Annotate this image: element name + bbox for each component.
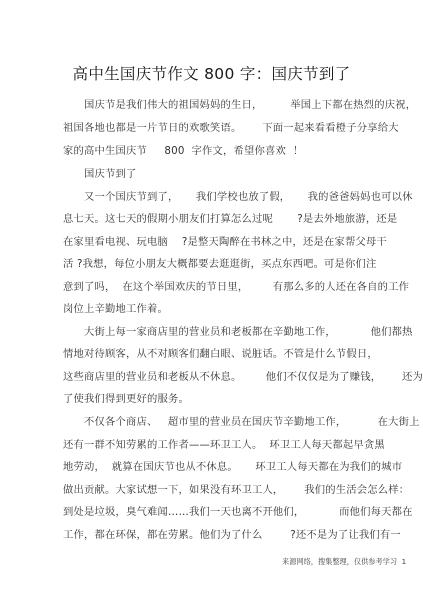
paragraph-line: 岗位上辛勤地工作着。 (63, 300, 168, 315)
paragraph-line: 家的高中生国庆节 800 字作文，希望你喜欢 ！ (63, 142, 303, 157)
paragraph-line: 活 ?我想，每位小朋友大概都要去逛逛街，买点东西吧。可是你们注 (63, 255, 377, 270)
section-heading: 国庆节到了 (84, 165, 136, 180)
paragraph-line: 又一个国庆节到了， 我们学校也放了假， 我的爸爸妈妈也可以休 (84, 188, 413, 203)
paragraph-line: 工作，都在环保，都在劳累。他们为了什么 ?还不是为了让我们有一 (63, 526, 401, 541)
paragraph-line: 国庆节是我们伟大的祖国妈妈的生日， 举国上下都在热烈的庆祝， (84, 96, 416, 111)
paragraph-line: 还有一群不知劳累的工作者——环卫工人。 环卫工人每天都起早贪黑 (63, 436, 385, 451)
page-footer: 来源网络，搜集整理，仅供参考学习 1 (282, 557, 406, 567)
paragraph-line: 地劳动， 就算在国庆节也从不休息。 环卫工人每天都在为我们的城市 (63, 458, 402, 473)
paragraph-line: 这些商店里的营业员和老板从不休息。 他们不仅仅是为了赚钱， 还为 (63, 368, 423, 383)
paragraph-line: 情地对待顾客，从不对顾客们翻白眼、说脏话。不管是什么节假日， (63, 345, 378, 360)
paragraph-line: 不仅各个商店、 超市里的营业员在国庆节辛勤地工作， 在大街上 (84, 413, 420, 428)
paragraph-line: 了使我们得到更好的服务。 (63, 390, 189, 405)
paragraph-line: 到处是垃圾，臭气难闻……我们一天也离不开他们， 而他们每天都在 (63, 503, 413, 518)
paragraph-line: 在家里看电视、玩电脑 ?是整天陶醉在书林之中，还是在家帮父母干 (63, 233, 387, 248)
paragraph-line: 做出贡献。大家试想一下，如果没有环卫工人， 我们的生活会怎么样： (63, 481, 409, 496)
paragraph-line: 息七天。这七天的假期小朋友们打算怎么过呢 ?是去外地旅游，还是 (63, 210, 397, 225)
paragraph-line: 祖国各地也都是一片节日的欢歌笑语。 下面一起来看看橙子分享给大 (63, 119, 399, 134)
paragraph-line: 大街上每一家商店里的营业员和老板都在辛勤地工作， 他们都热 (84, 323, 413, 338)
document-title: 高中生国庆节作文 800 字：国庆节到了 (0, 62, 423, 84)
paragraph-line: 意到了吗， 在这个举国欢庆的节日里， 有那么多的人还在各自的工作 (63, 278, 409, 293)
